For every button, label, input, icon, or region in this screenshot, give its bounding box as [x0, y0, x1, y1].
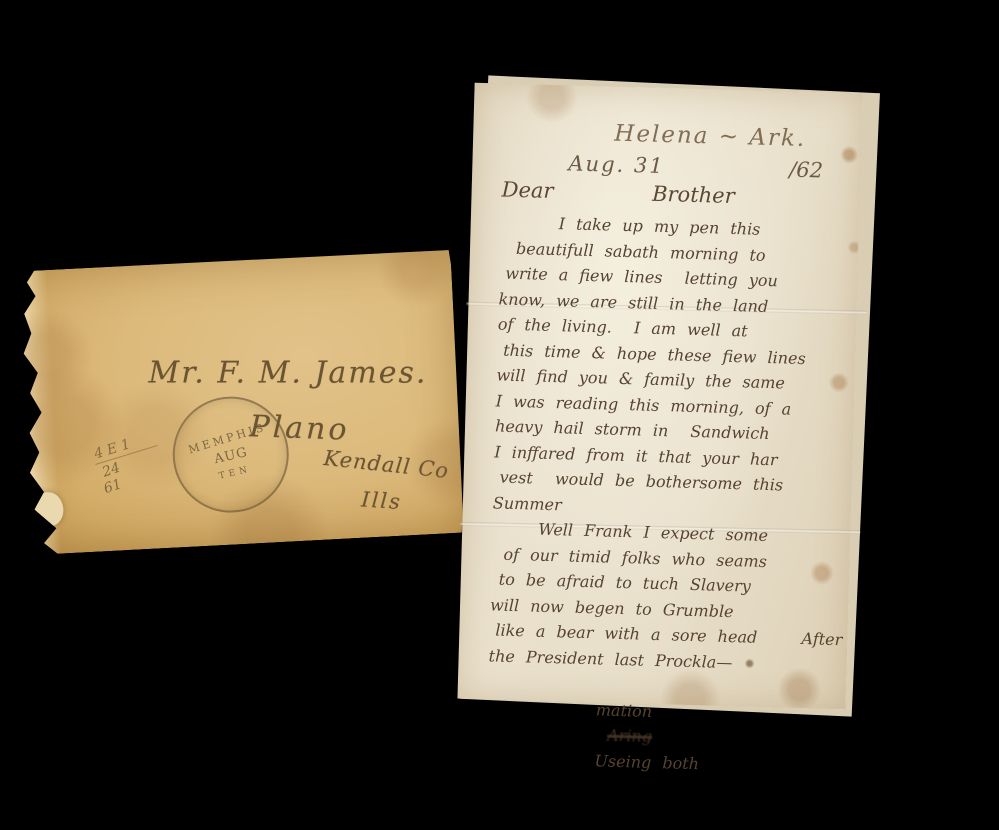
letter-year: /62 — [789, 158, 823, 183]
photo-scene: 4 E 12461 MEMPHIS AUG TEN Mr. F. M. Jame… — [0, 0, 999, 830]
struck-out-word: Aring — [607, 726, 652, 746]
letter-page: Helena ~ Ark. Aug. 31 /62 Dear Brother I… — [457, 83, 862, 710]
address-line: Ills — [361, 487, 403, 514]
envelope-address: Mr. F. M. James.PlanoKendall CoIlls — [17, 249, 465, 555]
address-line: Kendall Co — [323, 446, 451, 483]
letter-body: I take up my pen thisbeautifull sabath m… — [488, 209, 839, 677]
letter-content: Helena ~ Ark. Aug. 31 /62 Dear Brother I… — [457, 83, 862, 710]
letter-final-line: mation Aring Useing both — [505, 669, 826, 805]
letter-salutation: Dear Brother — [501, 178, 840, 211]
salutation-brother: Brother — [652, 182, 735, 208]
salutation-dear: Dear — [501, 178, 553, 203]
letter-place-line: Helena ~ Ark. — [503, 118, 842, 153]
letter-date: Aug. 31 — [568, 151, 665, 178]
address-line: Mr. F. M. James. — [149, 356, 428, 391]
envelope: 4 E 12461 MEMPHIS AUG TEN Mr. F. M. Jame… — [17, 249, 465, 555]
final-line-pre: mation — [596, 700, 653, 721]
letter-date-line: Aug. 31 /62 — [502, 150, 841, 183]
final-line-post: Useing both — [594, 751, 699, 773]
address-line: Plano — [249, 409, 350, 447]
